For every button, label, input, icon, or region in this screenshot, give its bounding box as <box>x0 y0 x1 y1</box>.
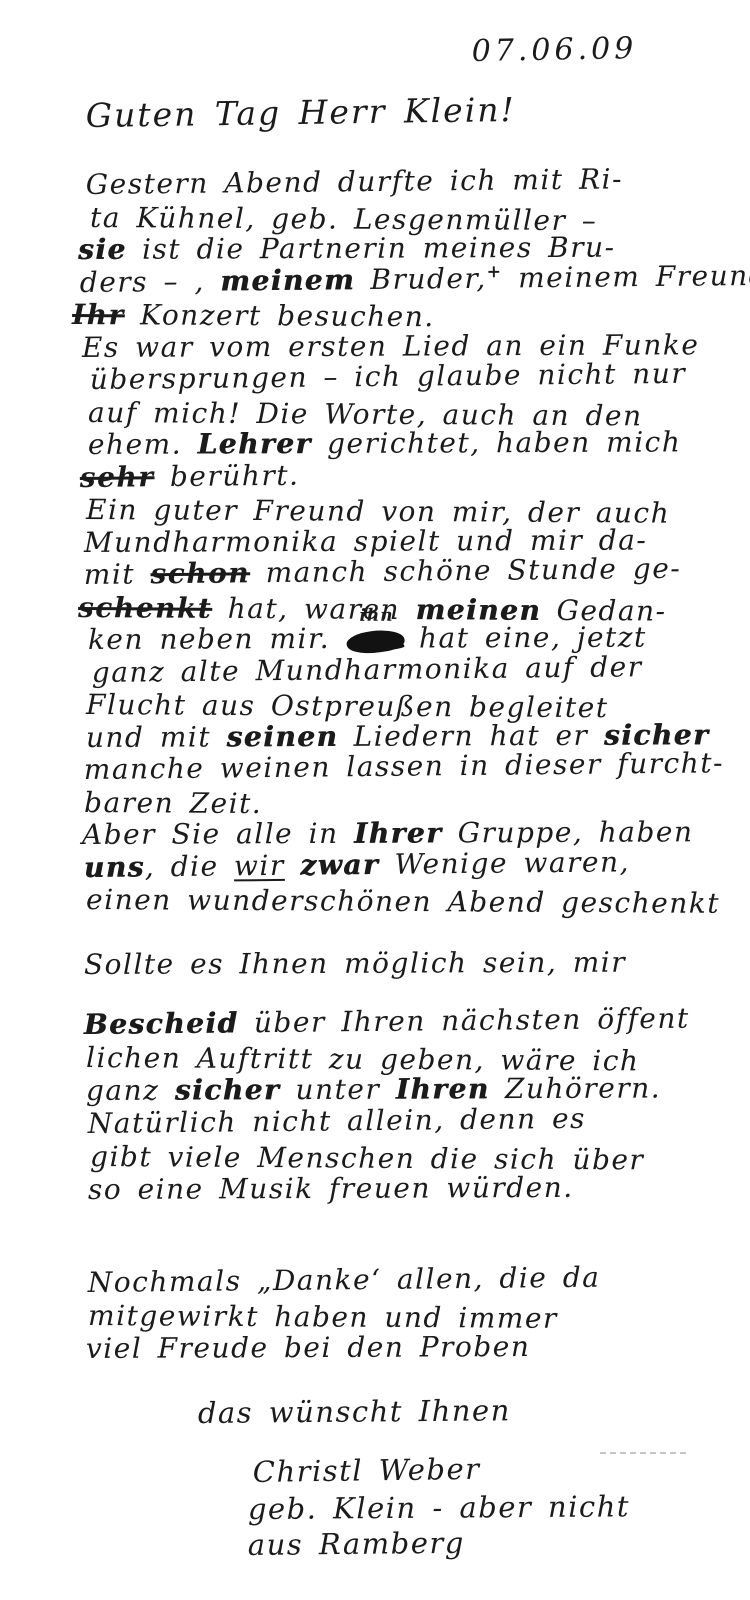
overwritten-word: zwar <box>300 848 379 882</box>
overwritten-word: sie <box>78 233 127 266</box>
line-text: berührt. <box>154 459 299 494</box>
crossed-out-word: Ihr <box>72 298 125 331</box>
signature-line-2: geb. Klein - aber nicht <box>248 1489 630 1526</box>
letter-line-28: Natürlich nicht allein, denn es <box>88 1102 586 1140</box>
line-text: über Ihren nächsten öffent <box>238 1002 690 1040</box>
insertion-caret: + <box>486 262 502 282</box>
letter-line-07: übersprungen – ich glaube nicht nur <box>90 357 687 396</box>
letter-line-04: ders – , meinem Bruder,+ meinem Freund. <box>80 259 750 299</box>
letter-line-25: Bescheid über Ihren nächsten öffent <box>84 1002 690 1041</box>
overwritten-word: seinen <box>226 720 338 753</box>
letter-line-33: viel Freude bei den Proben <box>86 1330 531 1365</box>
line-text: ken neben mir. <box>88 622 346 656</box>
overwritten-word: Ihrer <box>354 816 442 849</box>
closing-wish: das wünscht Ihnen <box>198 1393 511 1430</box>
letter-line-31: Nochmals „Danke‘ allen, die da <box>88 1261 601 1299</box>
line-text: hat eine, jetzt <box>403 621 646 655</box>
letter-line-24: Sollte es Ihnen möglich sein, mir <box>84 946 626 981</box>
line-text: Bruder, <box>355 262 487 296</box>
letter-greeting: Guten Tag Herr Klein! <box>85 90 516 135</box>
overwritten-word: Ihren <box>396 1072 490 1105</box>
line-text: Gruppe, haben <box>442 815 693 849</box>
line-text: ganz <box>86 1074 175 1107</box>
line-text: und mit <box>86 720 227 754</box>
line-text: Wenige waren, <box>379 845 630 881</box>
signature-line-3: aus Ramberg <box>248 1526 465 1562</box>
line-text: unter <box>280 1073 396 1107</box>
line-text: gerichtet, haben mich <box>312 425 682 460</box>
inserted-word-above: ihn <box>359 606 393 626</box>
line-text: , die <box>145 849 234 883</box>
crossed-out-word: sehr <box>80 460 155 494</box>
letter-line-10: sehr berührt. <box>80 459 300 494</box>
letter-line-23: einen wunderschönen Abend geschenkt <box>86 883 720 920</box>
letter-line-30: so eine Musik freuen würden. <box>88 1171 574 1206</box>
signature-name: Christl Weber <box>253 1452 481 1489</box>
line-text: ehem. <box>88 428 198 461</box>
letter-scan-page: 07.06.09 Guten Tag Herr Klein! Gestern A… <box>0 0 750 1600</box>
line-text: ders – , <box>80 265 221 299</box>
scribble-with-insert: ihn <box>345 622 403 655</box>
letter-line-09: ehem. Lehrer gerichtet, haben mich <box>88 425 682 461</box>
line-text: Zuhörern. <box>490 1071 662 1105</box>
line-text <box>285 849 301 882</box>
line-text: manch schöne Stunde ge- <box>250 552 681 590</box>
letter-line-13: mit schon manch schöne Stunde ge- <box>84 552 682 591</box>
crossed-out-word: schon <box>150 556 250 590</box>
overwritten-word: Lehrer <box>197 427 311 460</box>
overwritten-word: Bescheid <box>84 1006 239 1041</box>
scan-artifact-dashes <box>600 1452 686 1454</box>
letter-line-01: Gestern Abend durfte ich mit Ri- <box>86 162 624 201</box>
underlined-word: wir <box>234 849 285 883</box>
overwritten-word: uns <box>84 850 145 884</box>
overwritten-word: meinem <box>220 263 355 297</box>
letter-line-20: baren Zeit. <box>84 786 262 820</box>
letter-line-19: manche weinen lassen in dieser furcht- <box>84 746 724 786</box>
line-text: Aber Sie alle in <box>82 817 354 851</box>
letter-line-05: Ihr Konzert besuchen. <box>72 298 435 333</box>
letter-date: 07.06.09 <box>471 31 637 69</box>
letter-line-22: uns, die wir zwar Wenige waren, <box>84 845 630 884</box>
line-text: Konzert besuchen. <box>125 298 435 333</box>
letter-line-16: ganz alte Mundharmonika auf der <box>92 650 643 689</box>
overwritten-word: sicher <box>175 1073 281 1106</box>
line-text: mit <box>84 557 151 591</box>
line-text: meinem Freund. <box>503 259 750 295</box>
crossed-out-word: schenkt <box>78 591 212 625</box>
